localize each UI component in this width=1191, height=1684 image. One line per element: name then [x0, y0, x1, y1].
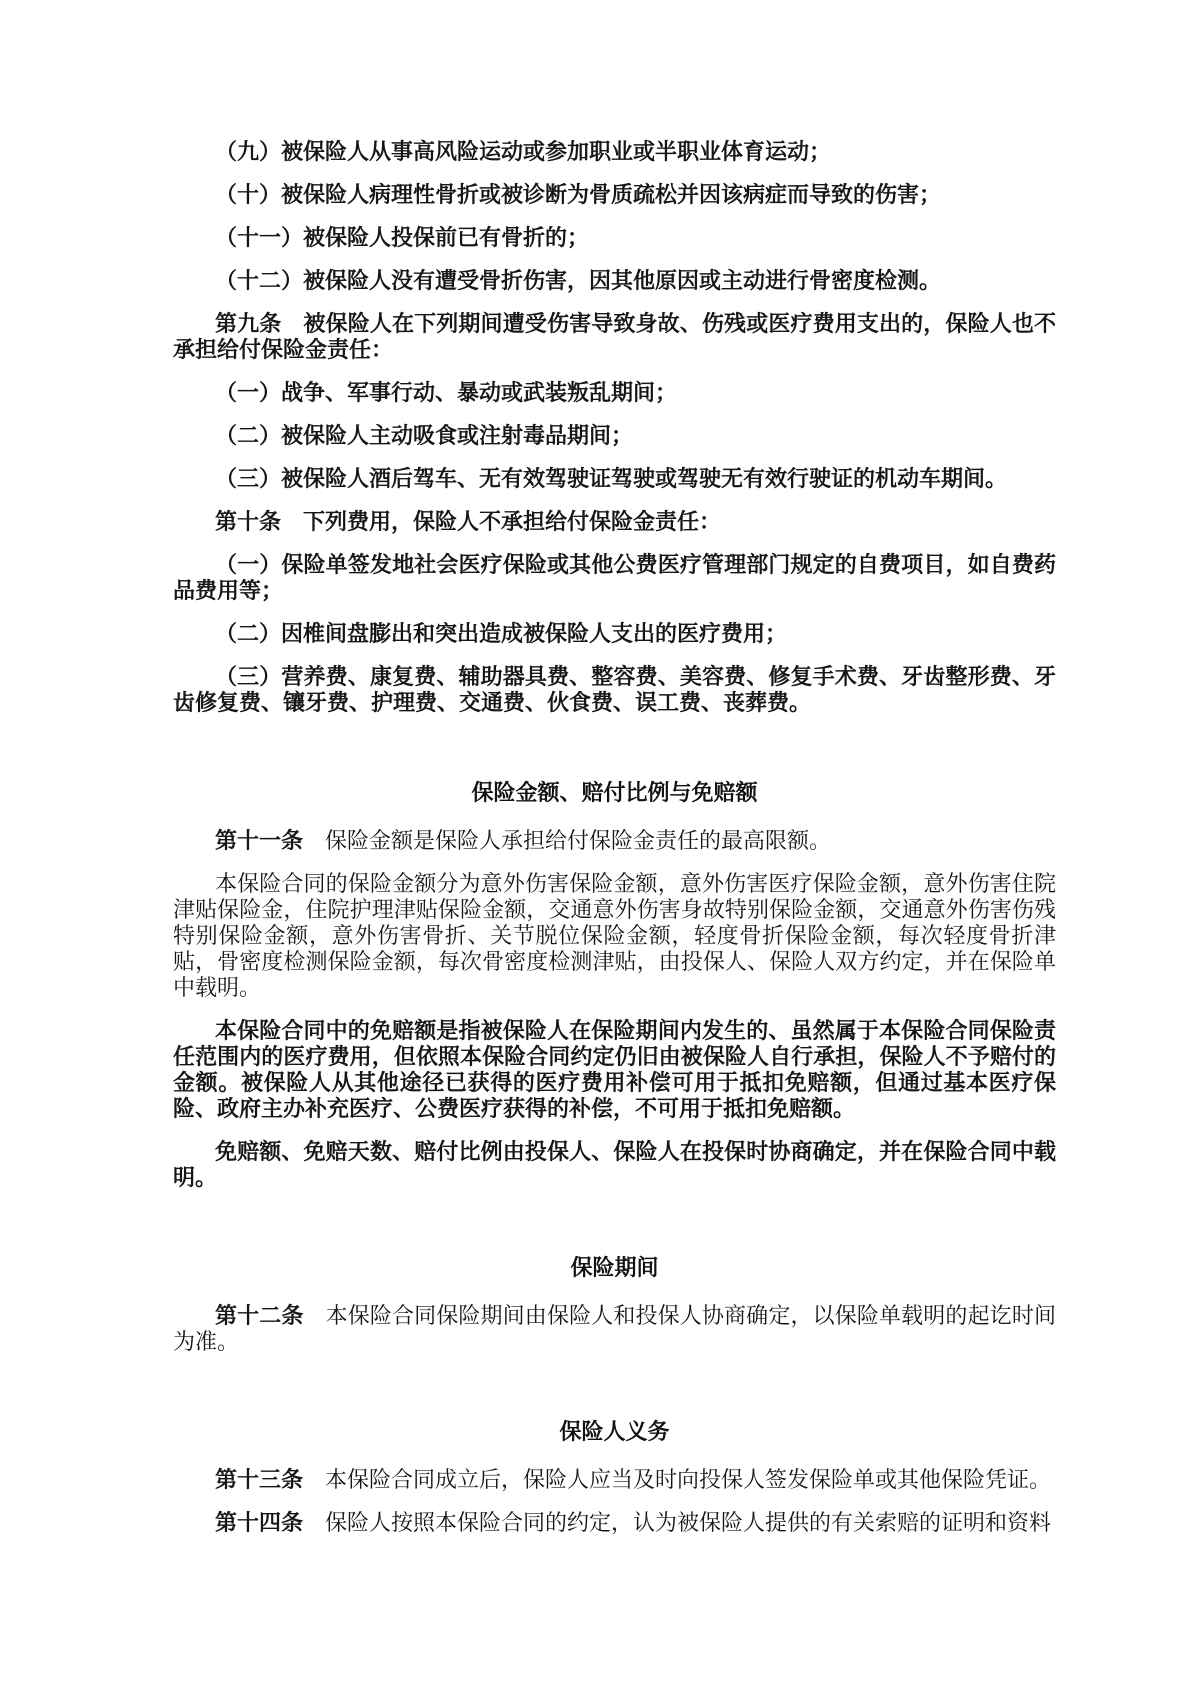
clause-number: 第十二条: [215, 1303, 304, 1328]
paragraph: （二）被保险人主动吸食或注射毒品期间；: [173, 423, 1056, 449]
paragraph: 本保险合同的保险金额分为意外伤害保险金额，意外伤害医疗保险金额，意外伤害住院津贴…: [173, 871, 1056, 1001]
paragraph-text: （二）被保险人主动吸食或注射毒品期间；: [215, 423, 633, 448]
paragraph: 本保险合同中的免赔额是指被保险人在保险期间内发生的、虽然属于本保险合同保险责任范…: [173, 1018, 1056, 1122]
paragraph: 第十二条本保险合同保险期间由保险人和投保人协商确定，以保险单载明的起讫时间为准。: [173, 1303, 1056, 1355]
paragraph-text: （一）战争、军事行动、暴动或武装叛乱期间；: [215, 380, 677, 405]
paragraph: （十二）被保险人没有遭受骨折伤害，因其他原因或主动进行骨密度检测。: [173, 268, 1056, 294]
section-heading: 保险期间: [173, 1255, 1056, 1281]
paragraph: 第十一条保险金额是保险人承担给付保险金责任的最高限额。: [173, 828, 1056, 854]
paragraph: （三）营养费、康复费、辅助器具费、整容费、美容费、修复手术费、牙齿整形费、牙齿修…: [173, 664, 1056, 716]
clause-number: 第九条: [215, 311, 281, 336]
paragraph: （二）因椎间盘膨出和突出造成被保险人支出的医疗费用；: [173, 621, 1056, 647]
paragraph: 第九条被保险人在下列期间遭受伤害导致身故、伤残或医疗费用支出的，保险人也不承担给…: [173, 311, 1056, 363]
paragraph-text: 被保险人在下列期间遭受伤害导致身故、伤残或医疗费用支出的，保险人也不承担给付保险…: [173, 311, 1056, 362]
paragraph-text: （十二）被保险人没有遭受骨折伤害，因其他原因或主动进行骨密度检测。: [215, 268, 941, 293]
paragraph-text: （九）被保险人从事高风险运动或参加职业或半职业体育运动；: [215, 139, 831, 164]
document-content: （九）被保险人从事高风险运动或参加职业或半职业体育运动；（十）被保险人病理性骨折…: [173, 139, 1056, 1553]
paragraph-text: （一）保险单签发地社会医疗保险或其他公费医疗管理部门规定的自费项目，如自费药品费…: [173, 552, 1056, 603]
paragraph: （三）被保险人酒后驾车、无有效驾驶证驾驶或驾驶无有效行驶证的机动车期间。: [173, 466, 1056, 492]
paragraph-text: 保险金额是保险人承担给付保险金责任的最高限额。: [325, 828, 831, 853]
paragraph-text: 本保险合同的保险金额分为意外伤害保险金额，意外伤害医疗保险金额，意外伤害住院津贴…: [173, 871, 1056, 1000]
paragraph: （十）被保险人病理性骨折或被诊断为骨质疏松并因该病症而导致的伤害；: [173, 182, 1056, 208]
paragraph-text: 本保险合同保险期间由保险人和投保人协商确定，以保险单载明的起讫时间为准。: [173, 1303, 1056, 1354]
paragraph-text: （十）被保险人病理性骨折或被诊断为骨质疏松并因该病症而导致的伤害；: [215, 182, 941, 207]
paragraph: （九）被保险人从事高风险运动或参加职业或半职业体育运动；: [173, 139, 1056, 165]
paragraph-text: （十一）被保险人投保前已有骨折的；: [215, 225, 589, 250]
paragraph-text: 下列费用，保险人不承担给付保险金责任：: [303, 509, 721, 534]
paragraph-text: 本保险合同成立后，保险人应当及时向投保人签发保险单或其他保险凭证。: [325, 1467, 1051, 1492]
paragraph: （一）保险单签发地社会医疗保险或其他公费医疗管理部门规定的自费项目，如自费药品费…: [173, 552, 1056, 604]
paragraph-text: （三）营养费、康复费、辅助器具费、整容费、美容费、修复手术费、牙齿整形费、牙齿修…: [173, 664, 1056, 715]
clause-number: 第十三条: [215, 1467, 303, 1492]
section-heading: 保险金额、赔付比例与免赔额: [173, 780, 1056, 806]
paragraph: 第十条下列费用，保险人不承担给付保险金责任：: [173, 509, 1056, 535]
clause-number: 第十一条: [215, 828, 303, 853]
paragraph-text: 免赔额、免赔天数、赔付比例由投保人、保险人在投保时协商确定，并在保险合同中载明。: [173, 1139, 1056, 1190]
page: { "page": { "background": "#ffffff", "te…: [0, 0, 1191, 1684]
paragraph-text: 保险人按照本保险合同的约定，认为被保险人提供的有关索赔的证明和资料: [325, 1510, 1051, 1535]
paragraph-text: 本保险合同中的免赔额是指被保险人在保险期间内发生的、虽然属于本保险合同保险责任范…: [173, 1018, 1056, 1121]
section-heading: 保险人义务: [173, 1419, 1056, 1445]
clause-number: 第十四条: [215, 1510, 303, 1535]
paragraph: 第十四条保险人按照本保险合同的约定，认为被保险人提供的有关索赔的证明和资料: [173, 1510, 1056, 1536]
clause-number: 第十条: [215, 509, 281, 534]
paragraph-text: （三）被保险人酒后驾车、无有效驾驶证驾驶或驾驶无有效行驶证的机动车期间。: [215, 466, 1007, 491]
paragraph: （一）战争、军事行动、暴动或武装叛乱期间；: [173, 380, 1056, 406]
paragraph-text: （二）因椎间盘膨出和突出造成被保险人支出的医疗费用；: [215, 621, 787, 646]
paragraph: 免赔额、免赔天数、赔付比例由投保人、保险人在投保时协商确定，并在保险合同中载明。: [173, 1139, 1056, 1191]
paragraph: 第十三条本保险合同成立后，保险人应当及时向投保人签发保险单或其他保险凭证。: [173, 1467, 1056, 1493]
paragraph: （十一）被保险人投保前已有骨折的；: [173, 225, 1056, 251]
